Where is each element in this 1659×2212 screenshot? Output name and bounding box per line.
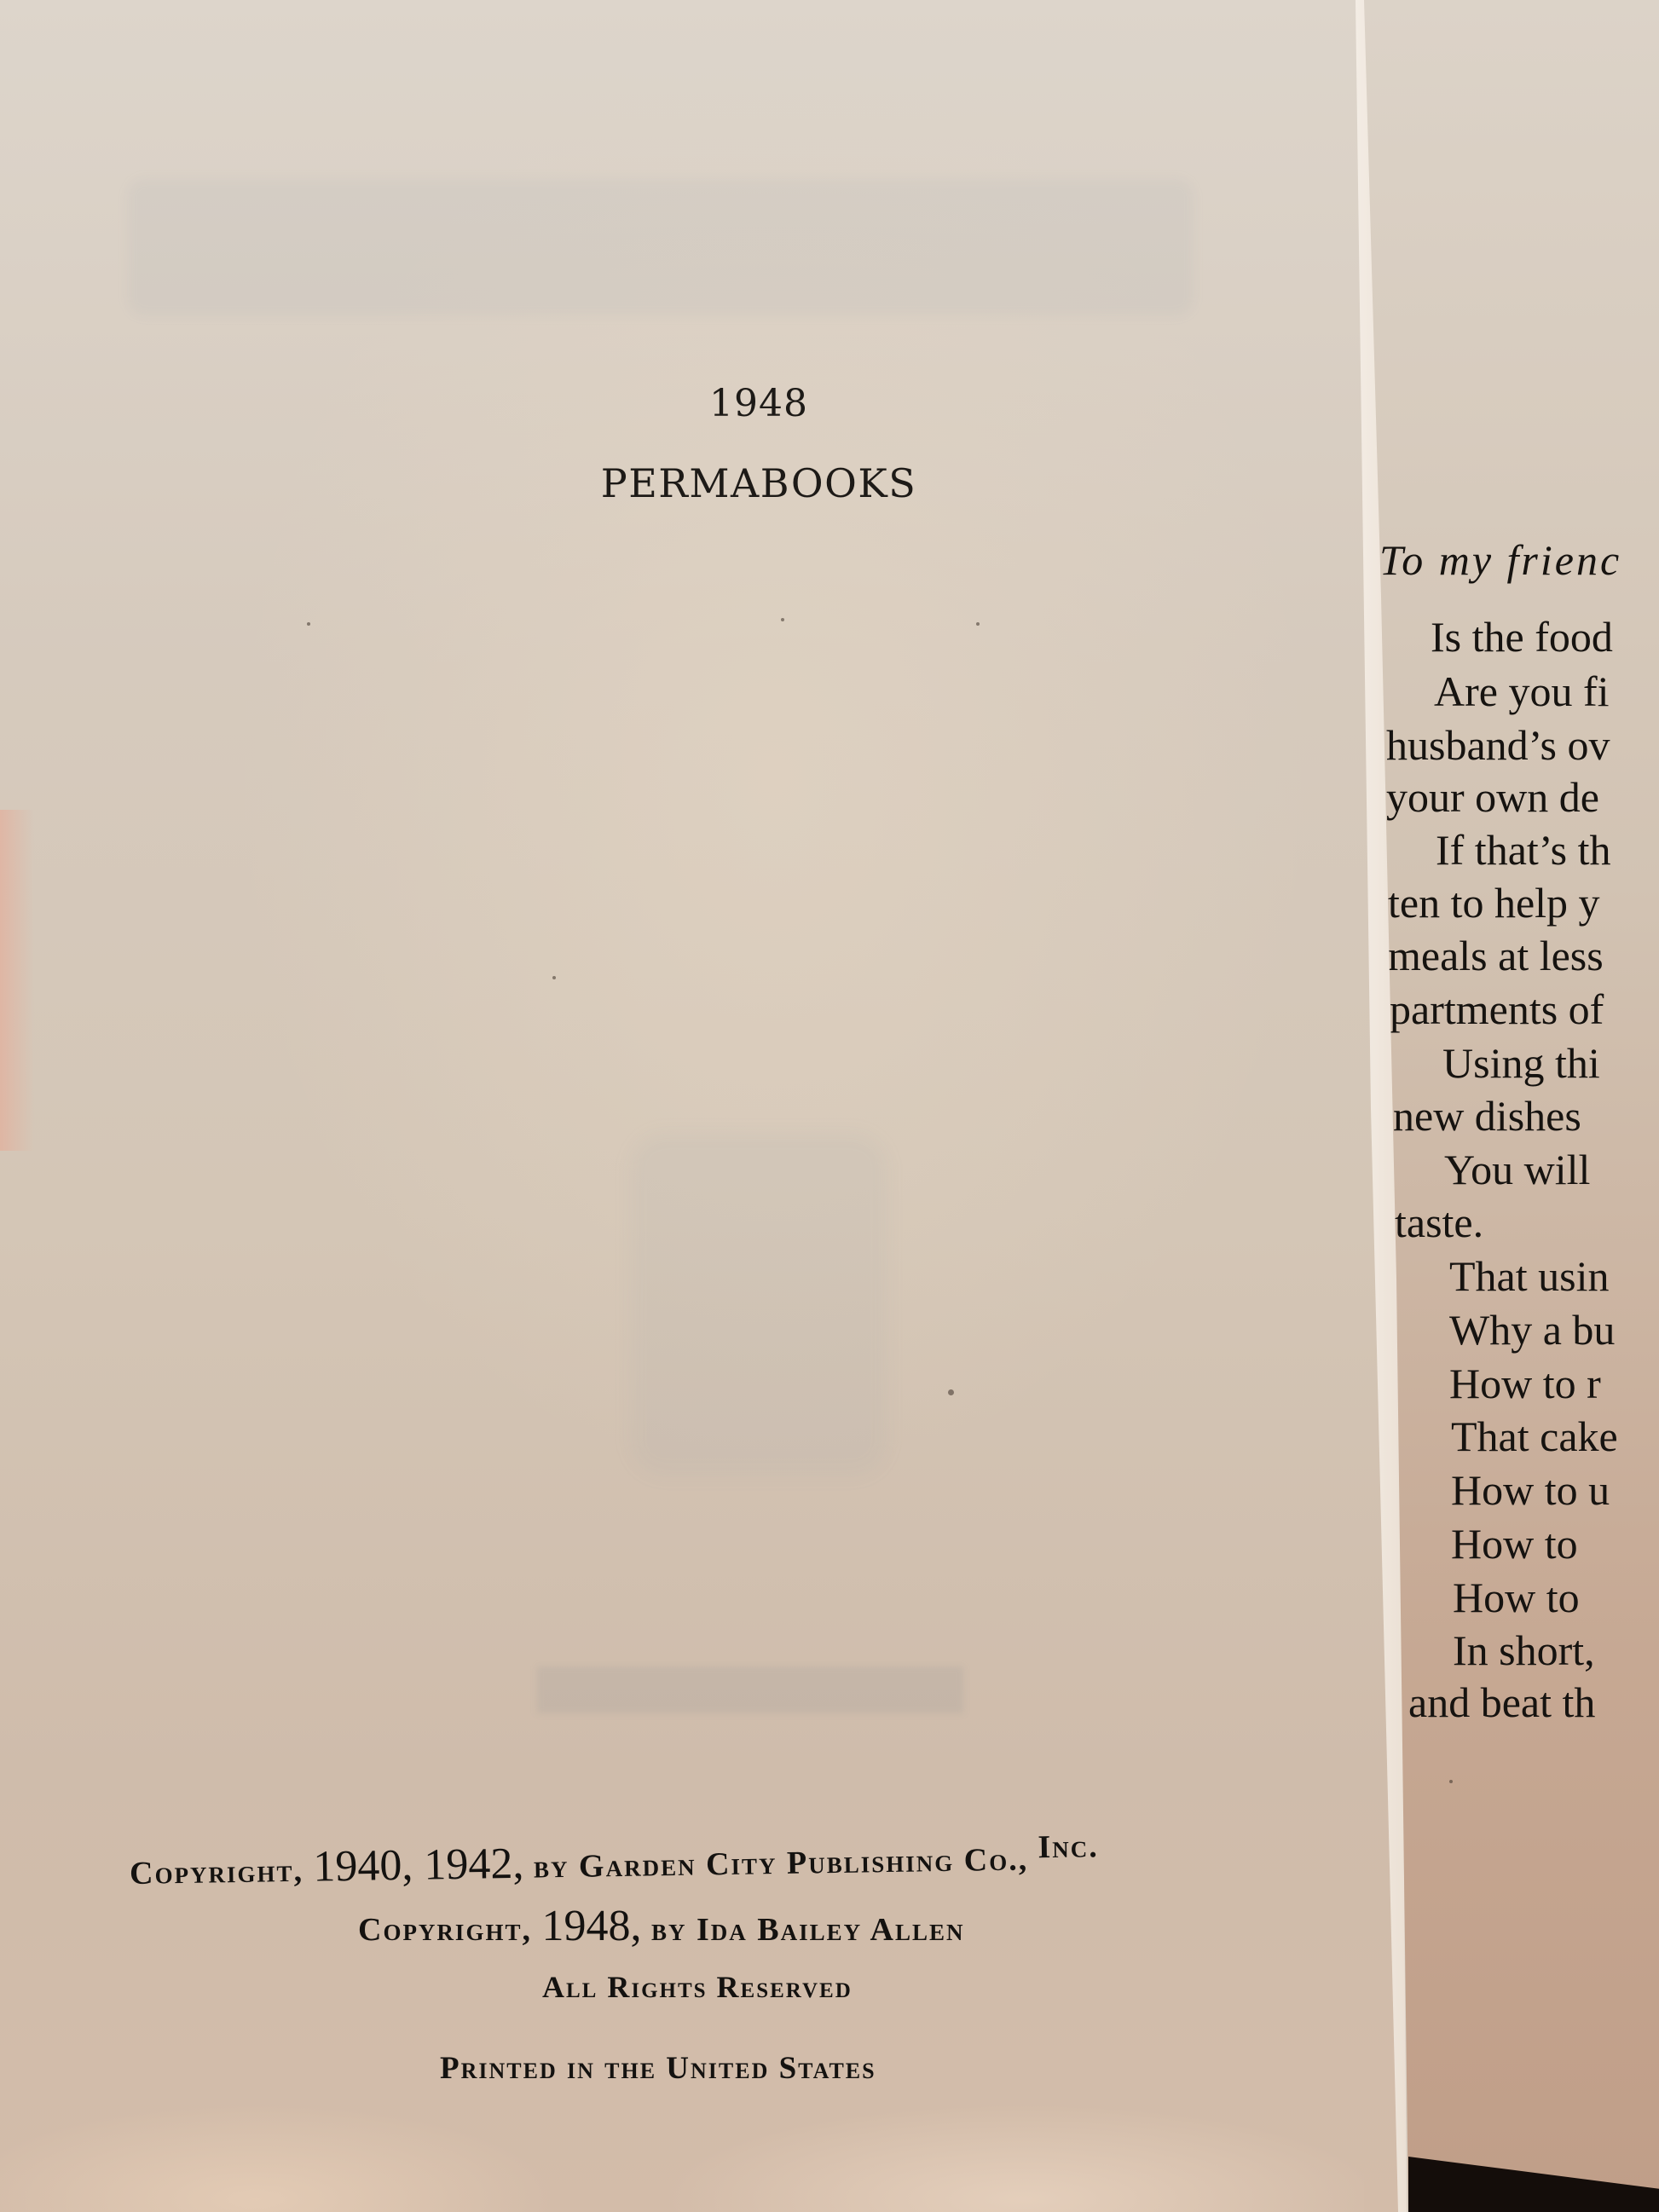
show-through-text <box>537 1666 963 1713</box>
light-glare <box>0 810 34 1151</box>
body-line: That cake <box>1451 1412 1618 1461</box>
copyright-holder: by Ida Bailey Allen <box>651 1912 965 1948</box>
dedication-heading: To my frienc <box>1379 535 1621 585</box>
rights-reserved: All Rights Reserved <box>542 1969 853 2005</box>
body-line: Using thi <box>1442 1038 1600 1088</box>
body-line: taste. <box>1395 1198 1483 1247</box>
body-line: partments of <box>1390 985 1604 1034</box>
body-line: husband’s ov <box>1386 720 1610 770</box>
body-line: Is the food <box>1431 612 1613 661</box>
body-line: your own de <box>1386 772 1599 822</box>
body-line: meals at less <box>1388 931 1604 980</box>
paper-speck <box>552 976 556 979</box>
copyright-years: 1948, <box>541 1902 641 1950</box>
body-line: Are you fi <box>1434 667 1610 716</box>
body-line: How to r <box>1449 1359 1601 1408</box>
copyright-line-1: Copyright, 1940, 1942, by Garden City Pu… <box>130 1829 1100 1895</box>
body-line: You will <box>1444 1145 1590 1194</box>
body-line: In short, <box>1453 1626 1595 1675</box>
copyright-label: Copyright, <box>130 1853 304 1891</box>
body-line: If that’s th <box>1436 825 1611 875</box>
printed-in: Printed in the United States <box>440 2050 876 2087</box>
paper-speck <box>1449 1780 1453 1783</box>
copyright-years: 1940, 1942, <box>313 1839 524 1891</box>
body-line: That usin <box>1449 1251 1609 1301</box>
body-line: How to <box>1451 1519 1578 1568</box>
book-spread-photo: 1948 PERMABOOKS Copyright, 1940, 1942, b… <box>0 0 1659 2212</box>
body-line: new dishes <box>1393 1091 1581 1141</box>
body-line: How to u <box>1451 1465 1610 1515</box>
left-page: 1948 PERMABOOKS Copyright, 1940, 1942, b… <box>0 0 1407 2212</box>
body-line: Why a bu <box>1449 1305 1615 1354</box>
show-through-title <box>128 179 1194 315</box>
publisher-name: PERMABOOKS <box>0 460 1517 506</box>
show-through-illustration <box>631 1134 887 1475</box>
paper-speck <box>948 1389 954 1395</box>
copyright-label: Copyright, <box>358 1912 532 1948</box>
paper-speck <box>781 618 784 621</box>
body-line: How to <box>1453 1573 1580 1622</box>
publication-year: 1948 <box>0 382 1517 425</box>
body-line: and beat th <box>1408 1678 1595 1727</box>
body-line: ten to help y <box>1388 878 1600 927</box>
copyright-holder-suffix: Inc. <box>1038 1828 1099 1865</box>
copyright-holder: by Garden City Publishing Co., <box>534 1841 1029 1885</box>
copyright-line-2: Copyright, 1948, by Ida Bailey Allen <box>358 1901 964 1951</box>
paper-speck <box>307 622 310 626</box>
paper-speck <box>976 622 980 626</box>
